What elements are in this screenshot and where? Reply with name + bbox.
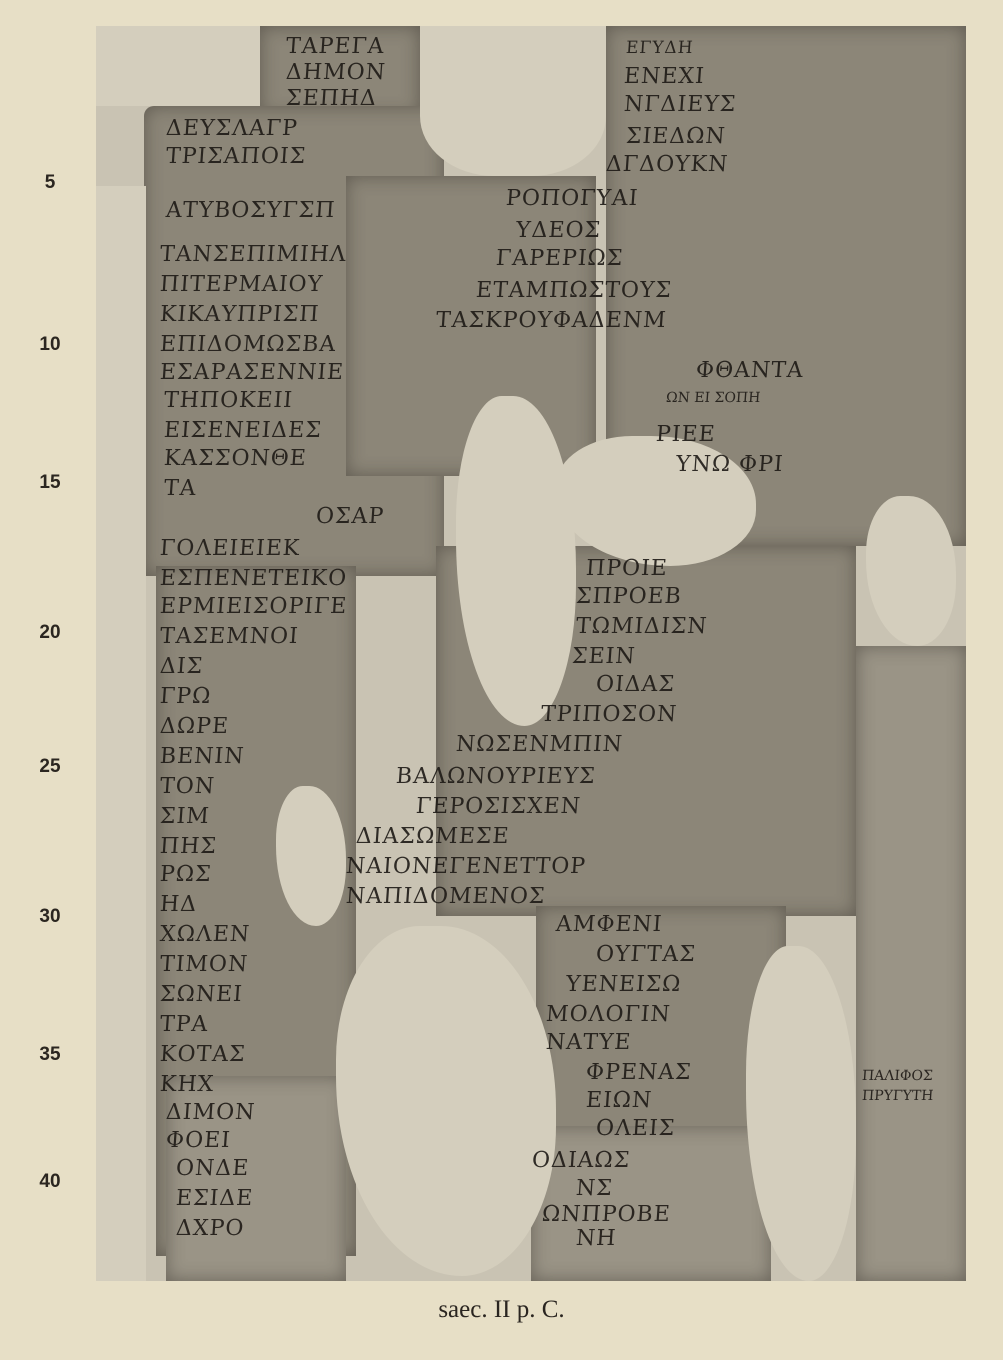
greek-line: ΝΗ (575, 1226, 617, 1251)
greek-line: ΕΙΩΝ (585, 1088, 653, 1113)
greek-line: ΚΑΣΣΟΝΘΕ (163, 446, 308, 471)
greek-line: ΒΑΛΩΝΟΥΡΙΕΥΣ (395, 764, 596, 789)
greek-line: ΠΡΟΙΕ (585, 556, 669, 581)
greek-line: ΦΘΑΝΤΑ (695, 358, 805, 383)
greek-line: ΤΡΑ (159, 1012, 209, 1037)
greek-line: ΕΤΑΜΠΩΣΤΟΥΣ (475, 278, 673, 303)
papyrus-fragment-right-edge (856, 646, 966, 1281)
greek-line: ΝΓΔΙΕΥΣ (623, 92, 737, 117)
margin-note-line: ΠΑΛΙΦΟΣ (861, 1068, 933, 1084)
plate-caption: saec. II p. C. (0, 1296, 1003, 1324)
greek-line: ΕΣΑΡΑΣΕΝΝΙΕ (159, 360, 345, 385)
line-number: 5 (30, 172, 70, 194)
greek-line: ΩΝΠΡΟΒΕ (541, 1202, 671, 1227)
greek-line: ΤΡΙΠΟΣΟΝ (540, 702, 678, 727)
greek-line: ΡΙΕΕ (655, 422, 716, 447)
line-number: 25 (30, 756, 70, 778)
line-number: 40 (30, 1171, 70, 1193)
greek-line: ΣΕΙΝ (571, 644, 636, 669)
greek-line: ΓΕΡΟΣΙΣΧΕΝ (415, 794, 582, 819)
greek-line: ΝΑΤΥΕ (545, 1030, 632, 1055)
greek-line: ΔΧΡΟ (175, 1216, 245, 1241)
greek-line: ΠΙΤΕΡΜΑΙΟΥ (159, 272, 324, 297)
greek-line: ΕΠΙΔΟΜΩΣΒΑ (159, 332, 337, 357)
greek-line: ΟΣΑΡ (315, 504, 385, 529)
greek-line: ΟΝΔΕ (175, 1156, 250, 1181)
greek-line: ΕΙΣΕΝΕΙΔΕΣ (163, 418, 323, 443)
greek-line: ΦΡΕΝΑΣ (585, 1060, 692, 1085)
greek-line: ΤΗΠΟΚΕΙΙ (163, 388, 294, 413)
greek-line: ΟΔΙΑΩΣ (531, 1148, 631, 1173)
greek-line: ΕΣΙΔΕ (175, 1186, 254, 1211)
greek-line: ΓΑΡΕΡΙΩΣ (495, 246, 624, 271)
greek-line: ΟΥΓΤΑΣ (595, 942, 697, 967)
greek-line: ΤΩΜΙΔΙΣΝ (575, 614, 708, 639)
greek-line: ΔΙΑΣΩΜΕΣΕ (355, 824, 510, 849)
greek-line: ΠΗΣ (159, 834, 218, 859)
greek-line: ΓΟΛΕΙΕΙΕΚ (159, 536, 301, 561)
greek-line: ΡΟΠΟΓΥΑΙ (505, 186, 639, 211)
greek-line: ΟΙΔΑΣ (595, 672, 676, 697)
line-number: 35 (30, 1044, 70, 1066)
greek-line: ΝΑΙΟΝΕΓΕΝΕΤΤΟΡ (345, 854, 587, 879)
greek-line: ΤΟΝ (159, 774, 216, 799)
greek-line: ΡΩΣ (159, 862, 212, 887)
line-number: 30 (30, 906, 70, 928)
greek-line: ΥΕΝΕΙΣΩ (565, 972, 682, 997)
greek-line: ΕΓΥΔΗ (625, 38, 694, 58)
greek-line: ΓΡΩ (159, 684, 212, 709)
papyrus-photograph-plate: ΤΑΡΕΓΑ ΔΗΜΟΝ ΣΕΠΗΔ ΔΕΥΣΛΑΓΡ ΤΡΙΣΑΠΟΙΣ ΑΤ… (96, 26, 966, 1281)
greek-line: ΗΔ (159, 892, 198, 917)
greek-line: ΤΑΡΕΓΑ (285, 34, 385, 59)
greek-line: ΔΩΡΕ (159, 714, 230, 739)
papyrus-hole (96, 186, 146, 1281)
greek-line: ΣΙΕΔΩΝ (625, 124, 726, 149)
greek-line: ΤΑΣΚΡΟΥΦΑΔΕΝΜ (435, 308, 667, 333)
greek-line: ΧΩΛΕΝ (159, 922, 251, 947)
greek-line: ΤΙΜΟΝ (159, 952, 249, 977)
greek-line: ΔΕΥΣΛΑΓΡ (165, 116, 299, 141)
greek-line: ΥΔΕΟΣ (515, 218, 602, 243)
greek-line: ΔΓΔΟΥΚΝ (605, 152, 729, 177)
greek-line: ΣΩΝΕΙ (159, 982, 244, 1007)
greek-line: ΤΑΣΕΜΝΟΙ (159, 624, 299, 649)
greek-line: ΔΙΣ (159, 654, 204, 679)
greek-line: ΕΡΜΙΕΙΣΟΡΙΓΕ (159, 594, 348, 619)
greek-line: ΜΟΛΟΓΙΝ (545, 1002, 671, 1027)
greek-line: ΩΝ ΕΙ ΣΟΠΗ (665, 390, 760, 406)
greek-line: ΑΜΦΕΝΙ (555, 912, 663, 937)
greek-line: ΝΣ (575, 1176, 614, 1201)
greek-line: ΥΝΩ ΦΡΙ (675, 452, 784, 477)
greek-line: ΟΛΕΙΣ (595, 1116, 676, 1141)
line-number: 20 (30, 622, 70, 644)
papyrus-hole (336, 926, 556, 1276)
greek-line: ΣΠΡΟΕΒ (575, 584, 683, 609)
greek-line: ΤΑ (163, 476, 197, 501)
papyrus-hole (96, 26, 260, 106)
greek-line: ΤΑΝΣΕΠΙΜΙΗΛ (159, 242, 347, 267)
greek-line: ΕΝΕΧΙ (623, 64, 705, 89)
greek-line: ΚΙΚΑΥΠΡΙΣΠ (159, 302, 320, 327)
greek-line: ΣΕΠΗΔ (285, 86, 378, 111)
greek-line: ΝΩΣΕΝΜΠΙΝ (455, 732, 624, 757)
greek-line: ΔΗΜΟΝ (285, 60, 387, 85)
greek-line: ΔΙΜΟΝ (165, 1100, 256, 1125)
greek-line: ΒΕΝΙΝ (159, 744, 245, 769)
greek-line: ΦΟΕΙ (165, 1128, 232, 1153)
greek-line: ΤΡΙΣΑΠΟΙΣ (165, 144, 307, 169)
line-number: 10 (30, 334, 70, 356)
greek-line: ΚΟΤΑΣ (159, 1042, 246, 1067)
greek-line: ΚΗΧ (159, 1072, 215, 1097)
greek-line: ΣΙΜ (159, 804, 211, 829)
greek-line: ΕΣΠΕΝΕΤΕΙΚΟ (159, 566, 348, 591)
greek-line: ΑΤΥΒΟΣΥΓΣΠ (165, 198, 336, 223)
line-number: 15 (30, 472, 70, 494)
papyrus-hole (420, 26, 606, 176)
greek-line: ΝΑΠΙΔΟΜΕΝΟΣ (345, 884, 546, 909)
margin-note-line: ΠΡΥΓΥΤΗ (861, 1088, 933, 1104)
